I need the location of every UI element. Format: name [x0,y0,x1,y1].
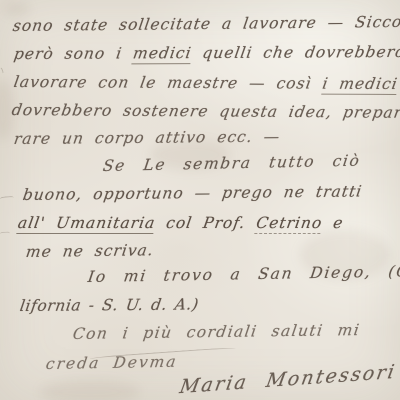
handwriting-line-11: lifornia - S. U. d. A.) [20,295,199,315]
handwriting-line-3: lavorare con le maestre — così i medici [14,73,398,93]
letter-page: sono state sollecitate a lavorare — Sicc… [0,0,400,400]
handwriting-line-5: rare un corpo attivo ecc. — [14,128,280,148]
handwriting-line-10: Io mi trovo a San Diego, (Ca. [88,262,400,286]
handwriting-word: buono, opportuno — prego ne tratti [22,182,364,204]
handwriting-word: Se Le sembra tutto ciò [102,152,362,175]
handwriting-line-4: dovrebbero sostenere questa idea, prepar… [12,101,400,122]
handwriting-text: lavorare con le maestre — così i medici [13,73,400,93]
handwriting-line-9: me ne scriva. [26,241,154,261]
handwriting-word: Io mi trovo a San Diego, (Ca. [87,262,400,286]
handwriting-text: me ne scriva. [25,241,155,261]
handwriting-text: Maria Montessori [178,361,398,398]
paper-smudge [4,2,30,16]
underlined-word: i medici [321,75,400,95]
handwriting-text: rare un corpo attivo ecc. — [13,128,282,148]
edge-dash-flourish [0,231,10,236]
handwriting-line-6: Se Le sembra tutto ciò [103,152,361,175]
underlined-word: all' Umanitaria [16,214,157,234]
handwriting-text: però sono i medici quelli che dovrebbero [13,43,400,63]
handwriting-text: Io mi trovo a San Diego, (Ca. [87,262,400,286]
handwriting-word: e [321,214,345,232]
handwriting-word: lifornia - S. U. d. A.) [19,295,201,315]
handwriting-word: lavorare con le maestre — così [13,73,324,93]
underlined-word: Cetrino [255,214,324,234]
underlined-word: medici [132,44,193,64]
margin-dash-flourish [0,196,14,201]
handwriting-word: me ne scriva. [25,241,155,261]
handwriting-text: all' Umanitaria col Prof. Cetrino e [17,214,345,232]
handwriting-word: Maria Montessori [178,361,398,398]
handwriting-line-8: all' Umanitaria col Prof. Cetrino e [18,214,343,232]
paper-smudge [40,380,140,400]
handwriting-line-12: Con i più cordiali saluti mi [73,321,360,343]
handwriting-line-1: sono state sollecitate a lavorare — Sicc… [13,13,400,35]
handwriting-text: Con i più cordiali saluti mi [72,321,362,343]
edge-stroke-flourish [0,67,4,74]
handwriting-word: sono state sollecitate a lavorare — Sicc… [12,13,400,35]
handwriting-line-2: però sono i medici quelli che dovrebbero [14,43,400,63]
handwriting-text: buono, opportuno — prego ne tratti [22,182,364,204]
handwriting-word: dovrebbero sostenere questa idea, prepar… [11,101,400,122]
handwriting-word: Con i più cordiali saluti mi [72,321,362,343]
handwriting-text: Se Le sembra tutto ciò [102,152,362,175]
handwriting-text: dovrebbero sostenere questa idea, prepar… [11,101,400,122]
handwriting-line-7: buono, opportuno — prego ne tratti [23,182,362,204]
handwriting-word: rare un corpo attivo ecc. — [13,128,282,148]
handwriting-word: però sono i [13,44,135,63]
handwriting-text: sono state sollecitate a lavorare — Sicc… [12,13,400,35]
handwriting-word: quelli che dovrebbero [190,43,400,62]
handwriting-text: lifornia - S. U. d. A.) [19,295,201,315]
signature: Maria Montessori [179,361,397,398]
handwriting-word: col Prof. [154,214,258,232]
